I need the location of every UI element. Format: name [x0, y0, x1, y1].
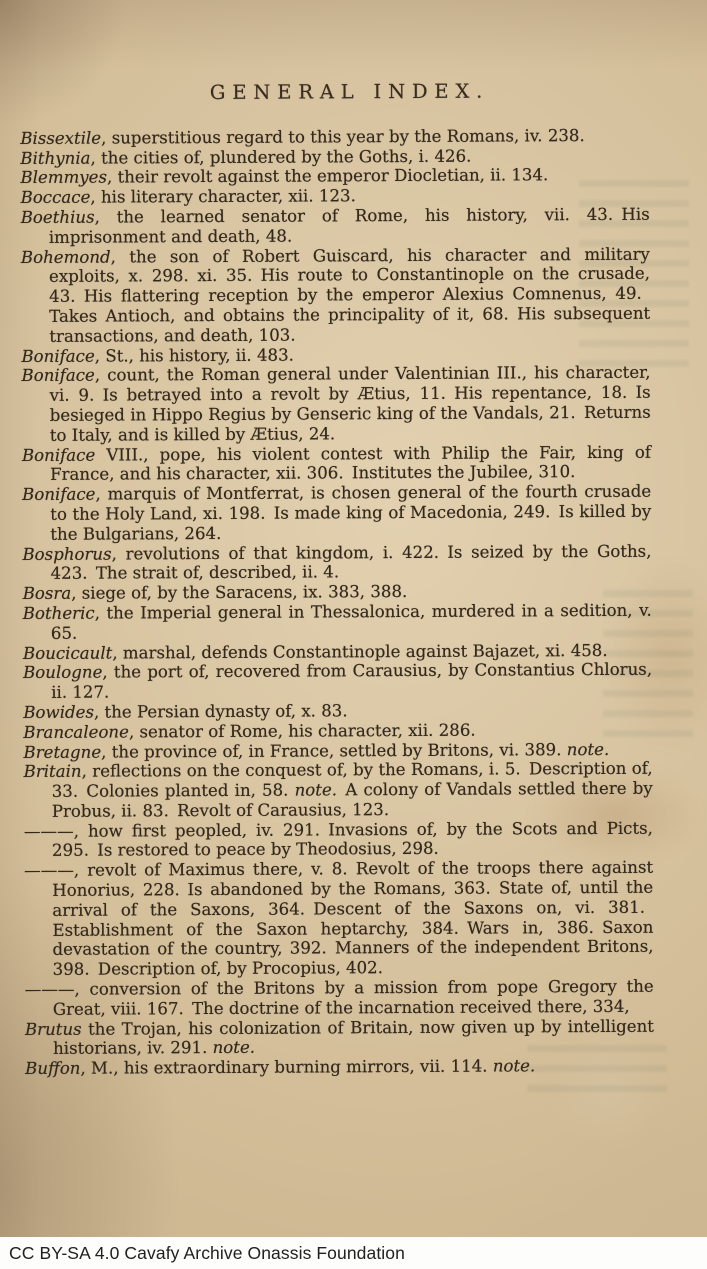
entry-text: , marshal, defends Constantinople agains… [112, 640, 607, 662]
index-entry: Buffon, M., his extraordinary burning mi… [25, 1056, 654, 1079]
index-entry: Brutus the Trojan, his colonization of B… [25, 1016, 654, 1059]
entry-headword: Bohemond [21, 247, 111, 266]
entry-headword: Bowides [23, 703, 94, 722]
index-entry: Boniface VIII., pope, his violent contes… [22, 442, 651, 485]
entry-headword: Botheric [23, 604, 95, 623]
entry-text: , the cities of, plundered by the Goths,… [90, 146, 471, 167]
license-caption-bar: CC BY-SA 4.0 Cavafy Archive Onassis Foun… [0, 1237, 707, 1269]
entry-headword: Boniface [22, 445, 95, 464]
index-entries: Bissextile, superstitious regard to this… [20, 126, 654, 1080]
index-entry: Botheric, the Imperial general in Thessa… [23, 601, 652, 644]
entry-text: , revolutions of that kingdom, i. 422. I… [51, 541, 652, 583]
screenshot-root: GENERAL INDEX. Bissextile, superstitious… [0, 0, 707, 1269]
entry-headword: note. [295, 780, 338, 799]
entry-text: , siege of, by the Saracens, ix. 383, 38… [71, 582, 407, 603]
entry-text: , their revolt against the emperor Diocl… [107, 166, 548, 187]
entry-text: , his literary character, xii. 123. [90, 186, 356, 206]
entry-text: , the Imperial general in Thessalonica, … [51, 601, 652, 643]
entry-headword: Boniface [21, 346, 94, 365]
entry-headword: Buffon [25, 1059, 80, 1078]
entry-headword: note. [493, 1057, 536, 1076]
index-entry: Bohemond, the son of Robert Guiscard, hi… [21, 244, 651, 346]
entry-text: , the learned senator of Rome, his histo… [49, 205, 650, 247]
entry-headword: Boniface [21, 366, 94, 385]
index-entry: Boulogne, the port of, recovered from Ca… [23, 660, 652, 703]
index-entry: Boniface, count, the Roman general under… [21, 363, 650, 445]
entry-headword: Boethius [21, 208, 95, 227]
index-entry: ———, conversion of the Britons by a miss… [25, 977, 654, 1020]
license-caption: CC BY-SA 4.0 Cavafy Archive Onassis Foun… [9, 1243, 405, 1264]
entry-headword: Britain [24, 762, 82, 781]
entry-headword: Blemmyes [20, 168, 107, 187]
entry-text: , M., his extraordinary burning mirrors,… [80, 1057, 492, 1078]
entry-headword: Boniface [22, 485, 95, 504]
entry-headword: Bosphorus [22, 544, 111, 563]
entry-text: , the port of, recovered from Carausius,… [51, 660, 652, 702]
index-entry: Bosphorus, revolutions of that kingdom, … [22, 541, 651, 584]
entry-text: ———, revolt of Maximus there, v. 8. Revo… [24, 858, 654, 979]
entry-headword: Bretagne [23, 742, 101, 761]
entry-text: , count, the Roman general under Valenti… [50, 363, 651, 445]
entry-text: ———, conversion of the Britons by a miss… [25, 977, 654, 1019]
page-title: GENERAL INDEX. [50, 81, 649, 104]
entry-text: , the Persian dynasty of, x. 83. [94, 701, 348, 721]
index-entry: Boniface, marquis of Montferrat, is chos… [22, 482, 651, 545]
entry-text: , superstitious regard to this year by t… [101, 126, 585, 148]
index-entry: Britain, reflections on the conquest of,… [24, 759, 653, 822]
entry-headword: Bissextile [20, 128, 101, 147]
entry-headword: Brutus [25, 1019, 82, 1038]
entry-headword: Bosra [23, 584, 72, 603]
index-entry: ———, how first peopled, iv. 291. Invasio… [24, 818, 653, 861]
entry-headword: note. [567, 739, 610, 758]
book-page-photo: GENERAL INDEX. Bissextile, superstitious… [0, 0, 707, 1237]
entry-headword: Boucicault [23, 643, 112, 662]
index-entry: ———, revolt of Maximus there, v. 8. Revo… [24, 858, 654, 980]
entry-text: the Trojan, his colonization of Britain,… [53, 1016, 654, 1058]
entry-text: ———, how first peopled, iv. 291. Invasio… [24, 818, 653, 860]
index-entry: Boethius, the learned senator of Rome, h… [21, 205, 650, 248]
entry-headword: Bithynia [20, 148, 90, 167]
entry-text: , the province of, in France, settled by… [101, 740, 567, 761]
entry-text: , the son of Robert Guiscard, his charac… [49, 244, 650, 345]
entry-text: , senator of Rome, his character, xii. 2… [129, 720, 476, 741]
entry-headword: Boccace [21, 188, 91, 207]
index-entry: Bissextile, superstitious regard to this… [20, 126, 649, 149]
entry-text: , St., his history, ii. 483. [95, 345, 294, 365]
entry-text: VIII., pope, his violent contest with Ph… [50, 442, 651, 484]
entry-text: , marquis of Montferrat, is chosen gener… [50, 482, 651, 544]
page-text-block: GENERAL INDEX. Bissextile, superstitious… [20, 81, 654, 1079]
entry-headword: Brancaleone [23, 722, 129, 742]
entry-headword: note. [213, 1038, 256, 1057]
entry-headword: Boulogne [23, 663, 102, 682]
